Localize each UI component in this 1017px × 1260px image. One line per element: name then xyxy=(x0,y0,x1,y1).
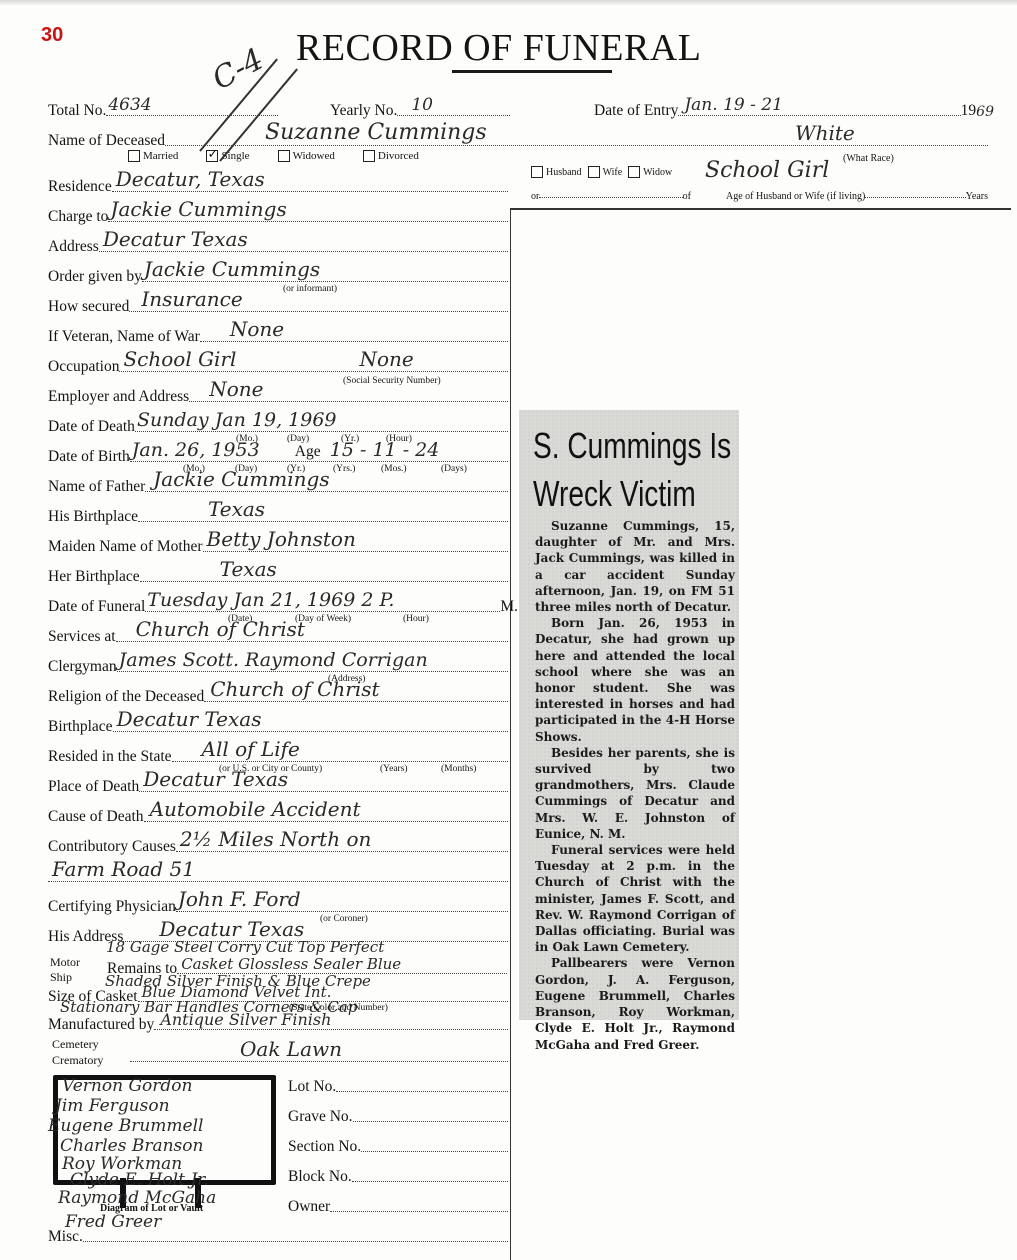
employer-row: Employer and AddressNone xyxy=(48,384,508,406)
contributory-causes-row: Contributory Causes2½ Miles North on xyxy=(48,834,508,856)
clergyman-value: James Scott. Raymond Corrigan xyxy=(119,649,428,671)
year-prefix: 19 xyxy=(961,102,977,120)
newspaper-clipping: S. Cummings Is Wreck Victim Suzanne Cumm… xyxy=(519,410,739,1020)
pallbearer-6: Clyde E. Holt Jr. xyxy=(70,1170,209,1190)
charge-to-row: Charge toJackie Cummings xyxy=(48,204,508,226)
resided-row: Resided in the StateAll of Life xyxy=(48,744,508,766)
physician-value: John F. Ford xyxy=(178,887,301,911)
order-given-by-row: Order given byJackie Cummings xyxy=(48,264,508,286)
place-of-death-row: Place of DeathDecatur Texas xyxy=(48,774,508,796)
checkbox-box[interactable] xyxy=(363,150,375,162)
clipping-paragraph: Suzanne Cummings, 15, daughter of Mr. an… xyxy=(535,518,735,615)
order-given-by-value: Jackie Cummings xyxy=(144,257,320,281)
occupation-row: OccupationSchool GirlNone xyxy=(48,354,508,376)
clipping-paragraph: Besides her parents, she is survived by … xyxy=(535,745,735,842)
checkbox-box[interactable] xyxy=(531,166,543,178)
mother-value: Betty Johnston xyxy=(207,527,356,551)
contributory-causes-value-2: Farm Road 51 xyxy=(52,857,195,881)
caption-hour: (Hour) xyxy=(403,614,429,624)
wife-checkbox[interactable]: Wife xyxy=(588,166,623,178)
divorced-checkbox[interactable]: Divorced xyxy=(363,150,419,162)
block-no-row: Block No. xyxy=(288,1164,508,1186)
lot-no-row: Lot No. xyxy=(288,1074,508,1096)
yearly-no-label: Yearly No. xyxy=(330,102,397,120)
date-of-entry-label: Date of Entry xyxy=(594,102,678,120)
misc-row: Misc. xyxy=(48,1224,508,1246)
date-of-birth-value: Jan. 26, 1953 xyxy=(132,439,260,461)
widow-checkbox[interactable]: Widow xyxy=(628,166,672,178)
manufactured-by-value: Antique Silver Finish xyxy=(160,1010,331,1029)
manufactured-by-row: Manufactured byAntique Silver Finish xyxy=(48,1012,508,1034)
grave-no-row: Grave No. xyxy=(288,1104,508,1126)
ssn-value: None xyxy=(359,347,413,371)
casket-line-1: 18 Gage Steel Corry Cut Top Perfect xyxy=(106,938,384,956)
birthplace-value: Decatur Texas xyxy=(117,707,262,731)
clipping-paragraph: Born Jan. 26, 1953 in Decatur, she had g… xyxy=(535,615,735,745)
cemetery-value: Oak Lawn xyxy=(240,1037,342,1061)
cemetery-row: Oak Lawn xyxy=(130,1044,508,1066)
date-of-entry-row: Date of Entry Jan. 19 - 21 19 69 xyxy=(594,98,994,120)
age-value: 15 - 11 - 24 xyxy=(330,439,440,461)
address-value: Decatur Texas xyxy=(103,227,248,251)
checkbox-box[interactable] xyxy=(278,150,290,162)
contributory-causes-value: 2½ Miles North on xyxy=(180,827,372,851)
resided-value: All of Life xyxy=(202,737,300,761)
residence-row: ResidenceDecatur, Texas xyxy=(48,174,508,196)
birthplace-row: BirthplaceDecatur Texas xyxy=(48,714,508,736)
crematory-label: Crematory xyxy=(52,1052,103,1068)
yearly-no-row: Yearly No. 10 xyxy=(330,98,510,120)
clipping-body: Suzanne Cummings, 15, daughter of Mr. an… xyxy=(535,518,735,1053)
place-of-death-value: Decatur Texas xyxy=(143,767,288,791)
cause-of-death-value: Automobile Accident xyxy=(150,797,361,821)
date-of-funeral-row: Date of FuneralTuesday Jan 21, 1969 2 P.… xyxy=(48,594,518,616)
scan-shadow xyxy=(0,0,1017,6)
his-birthplace-value: Texas xyxy=(208,497,265,521)
margin-stamp: C-4 xyxy=(207,42,270,97)
headline-line-2: Wreck Victim xyxy=(533,470,744,518)
charge-to-value: Jackie Cummings xyxy=(110,197,286,221)
services-at-row: Services atChurch of Christ xyxy=(48,624,508,646)
caption-years: (Years) xyxy=(380,764,408,774)
veteran-row: If Veteran, Name of WarNone xyxy=(48,324,508,346)
single-checkbox[interactable]: Single xyxy=(206,150,249,162)
address-row: AddressDecatur Texas xyxy=(48,234,508,256)
deceased-name: Suzanne Cummings xyxy=(265,120,487,145)
religion-value: Church of Christ xyxy=(210,677,379,701)
marital-status-group: Married Single Widowed Divorced xyxy=(128,150,437,162)
religion-row: Religion of the DeceasedChurch of Christ xyxy=(48,684,508,706)
coroner-caption: (or Coroner) xyxy=(320,914,368,924)
date-of-death-row: Date of DeathSunday Jan 19, 1969 xyxy=(48,414,508,436)
remains-to-value: Casket Glossless Sealer Blue xyxy=(181,955,401,973)
yearly-no-value: 10 xyxy=(411,95,433,115)
checkbox-box-checked[interactable] xyxy=(206,150,218,162)
cemetery-crematory-label: Cemetery Crematory xyxy=(52,1036,103,1068)
motor-label: Motor xyxy=(50,955,80,970)
cemetery-label: Cemetery xyxy=(52,1036,103,1052)
clergyman-row: ClergymanJames Scott. Raymond Corrigan xyxy=(48,654,508,676)
his-birthplace-row: His BirthplaceTexas xyxy=(48,504,508,526)
pallbearer-4: Charles Branson xyxy=(60,1136,203,1156)
physician-row: Certifying PhysicianJohn F. Ford xyxy=(48,894,508,916)
clipping-paragraph: Pallbearers were Vernon Gordon, J. A. Fe… xyxy=(535,955,735,1052)
total-no-value: 4634 xyxy=(108,95,151,115)
residence-value: Decatur, Texas xyxy=(116,167,265,191)
age-label: Age xyxy=(295,443,321,461)
date-of-funeral-value: Tuesday Jan 21, 1969 2 P. xyxy=(147,589,394,611)
spouse-options-group: Husband Wife Widow xyxy=(531,166,676,178)
motor-ship-label: Motor Ship xyxy=(50,955,80,985)
father-row: Name of FatherJackie Cummings xyxy=(48,474,508,496)
page-title: RECORD OF FUNERAL xyxy=(296,26,701,70)
veteran-value: None xyxy=(230,317,284,341)
checkbox-box[interactable] xyxy=(128,150,140,162)
pallbearer-1: Vernon Gordon xyxy=(62,1076,192,1096)
total-no-label: Total No. xyxy=(48,102,106,120)
clipping-paragraph: Funeral services were held Tuesday at 2 … xyxy=(535,842,735,955)
employer-value: None xyxy=(209,377,263,401)
pallbearer-7: Raymond McGaha xyxy=(58,1188,216,1208)
checkbox-box[interactable] xyxy=(588,166,600,178)
caption-yrs: (Yrs.) xyxy=(333,464,355,474)
father-value: Jackie Cummings xyxy=(153,467,329,491)
headline-line-1: S. Cummings Is xyxy=(533,422,744,470)
how-secured-value: Insurance xyxy=(141,287,242,311)
widowed-checkbox[interactable]: Widowed xyxy=(278,150,335,162)
contributory-causes-line2: Farm Road 51 xyxy=(48,864,508,886)
owner-row: Owner xyxy=(288,1194,508,1216)
checkbox-box[interactable] xyxy=(628,166,640,178)
total-no-row: Total No. 4634 xyxy=(48,98,278,120)
spouse-age-row: Age of Husband or Wife (if living)Years xyxy=(726,180,988,202)
year-suffix: 69 xyxy=(976,104,994,120)
how-secured-row: How securedInsurance xyxy=(48,294,508,316)
pallbearer-2: Jim Ferguson xyxy=(55,1096,170,1116)
husband-checkbox[interactable]: Husband xyxy=(531,166,582,178)
title-underline xyxy=(452,70,612,73)
her-birthplace-value: Texas xyxy=(220,557,277,581)
ship-label: Ship xyxy=(50,970,80,985)
page-number: 30 xyxy=(41,24,63,47)
caption-months: (Months) xyxy=(441,764,476,774)
date-of-entry-value: Jan. 19 - 21 xyxy=(684,95,783,115)
occupation-value: School Girl xyxy=(123,347,236,371)
section-no-row: Section No. xyxy=(288,1134,508,1156)
name-of-deceased-row: Name of Deceased Suzanne Cummings White xyxy=(48,128,988,150)
mother-row: Maiden Name of MotherBetty Johnston xyxy=(48,534,508,556)
caption-days: (Days) xyxy=(441,464,467,474)
her-birthplace-row: Her BirthplaceTexas xyxy=(48,564,508,586)
clipping-headline: S. Cummings Is Wreck Victim xyxy=(533,422,744,518)
or-of-row: orof xyxy=(531,180,691,202)
deceased-race: White xyxy=(795,121,855,145)
married-checkbox[interactable]: Married xyxy=(128,150,178,162)
caption-mos: (Mos.) xyxy=(381,464,407,474)
cause-of-death-row: Cause of DeathAutomobile Accident xyxy=(48,804,508,826)
date-of-death-value: Sunday Jan 19, 1969 xyxy=(137,409,337,431)
race-caption: (What Race) xyxy=(843,153,894,164)
informant-caption: (or informant) xyxy=(283,284,337,294)
pallbearer-3: Eugene Brummell xyxy=(48,1116,203,1136)
services-at-value: Church of Christ xyxy=(136,617,305,641)
name-of-deceased-label: Name of Deceased xyxy=(48,132,165,150)
date-of-birth-row: Date of BirthJan. 26, 1953Age15 - 11 - 2… xyxy=(48,444,508,466)
